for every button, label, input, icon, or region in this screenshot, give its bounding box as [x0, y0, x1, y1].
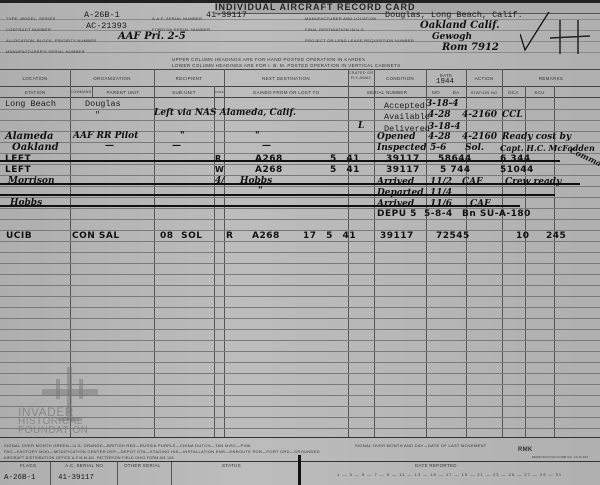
stamp: RMK	[518, 447, 533, 453]
watermark-line3: FOUNDATION	[18, 425, 88, 436]
ac-serial-header: A.C. Serial No.	[65, 463, 105, 468]
rule-line	[0, 241, 600, 242]
row6-date: 5 744	[440, 165, 471, 175]
strike-line	[0, 205, 520, 207]
row0-location: Long Beach	[5, 99, 56, 109]
row10-condition: DEPU 5	[377, 209, 417, 219]
divider	[0, 86, 600, 87]
column-line	[171, 462, 172, 485]
contract-label: Contract Number	[6, 27, 51, 32]
type-model-value: A-26B-1	[84, 10, 120, 20]
heading-location: Location	[0, 76, 70, 81]
final-destination-value: Oakland Calif.	[420, 20, 500, 31]
heading-dca: DCA	[502, 90, 525, 95]
column-line	[117, 462, 118, 485]
heading-condition: Condition	[374, 76, 426, 81]
row9-location: Hobbs	[10, 198, 42, 208]
heading-crated: Crated or Fly-Away	[348, 71, 374, 81]
divider	[0, 69, 600, 70]
rule-line	[0, 197, 600, 198]
heading-next-destination: Next Destination	[224, 76, 348, 81]
date-year: 1944	[436, 78, 454, 86]
project-label: Project or Lend Lease Requisition Number	[305, 38, 414, 43]
row0-condition: Accepted	[384, 101, 425, 111]
row3-remarks: Ready cost by	[502, 132, 571, 142]
row3-condition: Opened	[377, 132, 415, 142]
row7-code: 4/	[215, 176, 225, 186]
heading-organization: Organization	[70, 76, 154, 81]
row9-date: 11/6	[430, 199, 452, 209]
aaf-serial-label: A.A.F. Serial Number	[152, 16, 202, 21]
ibm-date: 72545	[436, 231, 470, 241]
row1-organization: "	[95, 110, 100, 120]
row6-remarks: 51044	[500, 165, 534, 175]
heading-scu: SCU	[525, 90, 554, 95]
type-model-label: Type, Model, Series	[6, 16, 56, 21]
form-number: Reproduction Form No. AC-M-106	[532, 456, 588, 459]
divider	[0, 97, 600, 98]
row10-date: 5-8-4	[424, 209, 453, 219]
rule-line	[0, 428, 600, 429]
column-line	[348, 69, 349, 437]
row2-date: 3-18-4	[428, 122, 461, 132]
row7-next-destination: Hobbs	[240, 176, 272, 186]
row4-recipient: —	[172, 141, 181, 151]
row4-date: 5-6	[430, 143, 446, 153]
row1-next-destination: Left via NAS Alameda, Calif.	[154, 108, 296, 118]
rule-line	[0, 351, 600, 352]
column-line	[50, 462, 51, 485]
rule-line	[0, 285, 600, 286]
row4-location: Oakland	[12, 142, 59, 153]
ibm-sub-unit: 08 SOL	[160, 231, 203, 241]
row10-action: Bn SU-A-180	[462, 209, 531, 219]
row6-next-destination: A268	[255, 165, 283, 175]
rule-line	[0, 318, 600, 319]
manufacturer-value: Douglas, Long Beach, Calif.	[385, 10, 523, 20]
row5-next-destination: A268	[255, 154, 283, 164]
status-legend: FAC—Factory MOD—Modification Center DEP—…	[4, 449, 320, 454]
project-value: Gewogh	[432, 32, 472, 42]
ibm-serial: 39117	[380, 231, 414, 241]
row5-crated: 5 41	[330, 154, 360, 164]
heading-gained-lost: Gained From or Lost To	[224, 90, 348, 95]
rule-line	[0, 340, 600, 341]
row6-crated: 5 41	[330, 165, 360, 175]
row3-location: Alameda	[5, 131, 53, 142]
ibm-command: CON SAL	[72, 231, 120, 241]
contract-value: AC-21393	[86, 21, 127, 31]
heading-code: Code	[214, 90, 224, 94]
row7-condition: Arrived	[377, 177, 414, 187]
allocation-label: Allocation, Block, Priority Number	[6, 38, 97, 43]
row1-remarks: CCL	[502, 110, 523, 120]
heading-remarks: Remarks	[502, 76, 600, 81]
rule-line	[0, 120, 600, 121]
row0-organization: Douglas	[85, 99, 121, 109]
row5-location: LEFT	[5, 154, 31, 164]
footer-flag-value: A-26B-1	[4, 474, 36, 482]
rule-line	[0, 362, 600, 363]
manufacturer-serial-label: Manufacturer's Serial Number	[6, 49, 85, 54]
row7-location: Morrison	[8, 176, 54, 186]
column-line	[502, 69, 503, 437]
strike-line	[0, 160, 560, 162]
scan-mark	[298, 455, 301, 485]
other-serial-header: Other Serial	[124, 463, 161, 468]
rule-line	[0, 219, 600, 220]
rule-line	[0, 175, 600, 176]
heading-sub-unit: Sub-Unit	[154, 90, 214, 95]
column-line	[466, 69, 467, 437]
check-mark-icon	[520, 12, 600, 72]
date-reported-header: Date Reported	[415, 463, 457, 468]
column-line	[224, 69, 225, 437]
heading-parent-unit: Parent Unit	[92, 90, 154, 95]
rule-line	[0, 252, 600, 253]
row9-condition: Arrived	[377, 199, 414, 209]
row3-next-destination: "	[255, 131, 260, 141]
row5-code: R	[215, 154, 222, 163]
row1-date: 4-28	[428, 110, 451, 120]
heading-serial-number: Serial Number	[348, 90, 426, 95]
row7-remarks: Crew ready	[505, 177, 561, 187]
strike-line	[0, 183, 580, 185]
ibm-action: 10	[516, 231, 530, 241]
manufacturer-label: Manufacturer and Location	[305, 16, 376, 21]
row2-crated: L	[358, 121, 364, 131]
row6-code: W	[215, 165, 224, 174]
status-header: Status	[222, 463, 241, 468]
row3-date: 4-28	[428, 132, 451, 142]
row7-date: 11/2	[430, 177, 452, 187]
row0-date: 3-18-4	[426, 99, 459, 109]
row8-condition: Departed	[377, 188, 424, 198]
ibm-remarks: 245	[546, 231, 566, 241]
side-note: Commander	[568, 145, 600, 177]
footer-serial-value: 41-39117	[58, 474, 94, 482]
flags-header: Flags	[20, 463, 36, 468]
column-line	[374, 69, 375, 437]
ibm-gained-lost: A268	[252, 231, 280, 241]
final-destination-label: Final Destination in U.S.	[305, 27, 365, 32]
upper-heading-note: Upper column headings are for hand-poste…	[172, 57, 365, 62]
row8-date: 11/4	[430, 188, 452, 198]
row6-location: LEFT	[5, 165, 31, 175]
row1-action: 4-2160	[462, 110, 497, 120]
row3-organization: AAF RR Pilot	[73, 131, 138, 141]
heading-command: Command	[70, 90, 92, 94]
rule-line	[0, 263, 600, 264]
aircraft-record-card: INDIVIDUAL AIRCRAFT RECORD CARD Type, Mo…	[0, 0, 600, 485]
row5-remarks: 6 344	[500, 154, 531, 164]
row4-condition: Inspected	[377, 143, 427, 153]
heading-da: Da	[446, 90, 466, 95]
date-scale: 1 — 3 — 5 — 7 — 9 — 11 — 13 — 15 — 17 — …	[337, 472, 562, 477]
rule-line	[0, 274, 600, 275]
row3-recipient: "	[180, 131, 185, 141]
allocation-value: AAF Pri. 2-5	[118, 31, 186, 42]
strike-line	[0, 194, 555, 196]
column-line	[154, 69, 155, 437]
row9-action: CAF	[470, 199, 491, 209]
ibm-station: UCIB	[6, 231, 32, 241]
divider	[0, 437, 600, 438]
row3-action: 4-2160	[462, 132, 497, 142]
row6-condition: 39117	[386, 165, 420, 175]
lower-heading-note: Lower column headings are for I. B. M. p…	[172, 63, 401, 68]
heading-recipient: Recipient	[154, 76, 224, 81]
row5-condition: 39117	[386, 154, 420, 164]
row1-condition: Available	[384, 112, 430, 122]
rule-line	[0, 329, 600, 330]
row4-organization: —	[105, 141, 114, 151]
heading-mo: Mo	[426, 90, 446, 95]
ibm-crated: 17 5 41	[303, 231, 356, 241]
signal-right-note: Signal over month and day—Date of last m…	[355, 443, 487, 448]
divider	[0, 52, 600, 53]
project-note: Rom 7912	[442, 42, 499, 53]
row5-date: 58644	[438, 154, 472, 164]
heading-station: Station	[0, 90, 70, 95]
ibm-code: R	[226, 231, 233, 241]
rule-line	[0, 296, 600, 297]
row7-action: CAF	[462, 177, 483, 187]
rule-line	[0, 307, 600, 308]
row4-next-destination: —	[262, 141, 271, 151]
office-note: Aircraft Distribution Office A.F.M.M.&D.…	[4, 456, 174, 460]
heading-station-no: Station No	[466, 90, 502, 95]
row4-action: Sol.	[465, 143, 484, 153]
signal-legend: Signal over month Green—U.S. Orange—Brit…	[4, 443, 251, 448]
aaf-serial-value: 41-39117	[206, 10, 247, 20]
heading-action: Action	[466, 76, 502, 81]
